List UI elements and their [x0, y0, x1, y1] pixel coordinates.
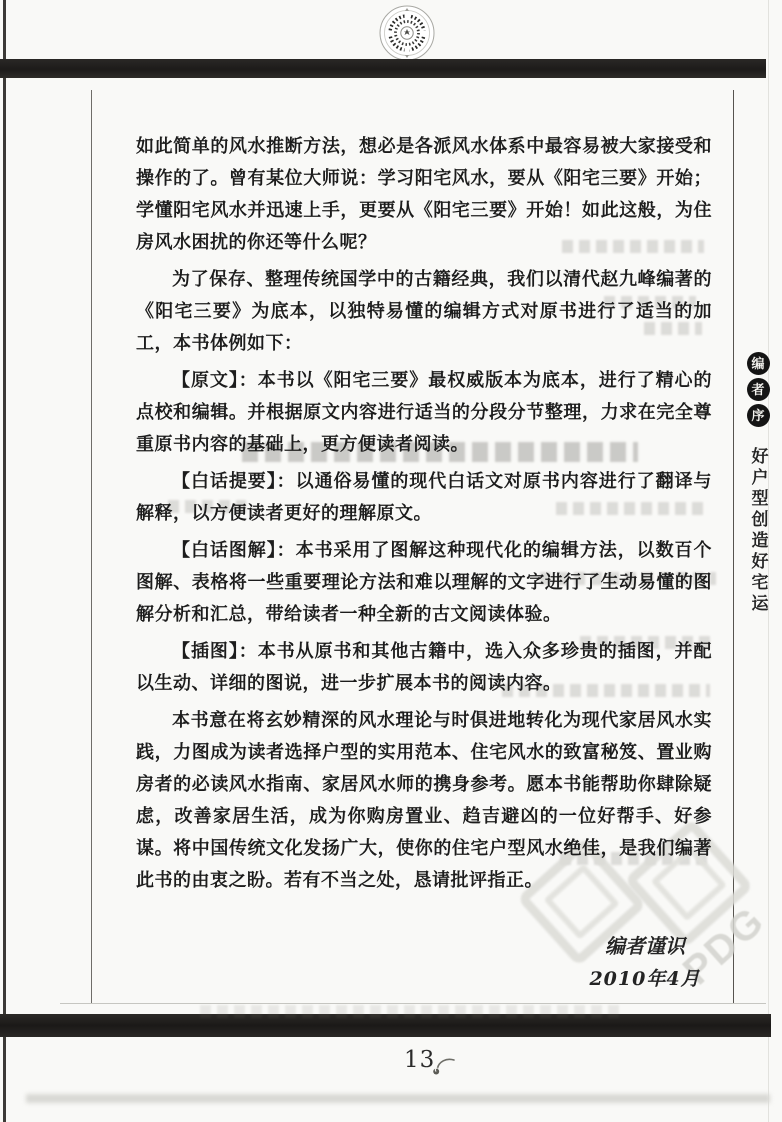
paragraph: 【白话图解】：本书采用了图解这种现代化的编辑方法，以数百个图解、表格将一些重要理…: [136, 534, 712, 630]
chapter-badge: 序: [747, 404, 770, 427]
signature-line: 编者谨识: [583, 930, 707, 963]
preface-body-text: 如此简单的风水推断方法，想必是各派风水体系中最容易被大家接受和操作的了。曾有某位…: [136, 130, 712, 901]
chapter-badge: 编: [747, 352, 770, 375]
paragraph: 为了保存、整理传统国学中的古籍经典，我们以清代赵九峰编著的《阳宅三要》为底本，以…: [136, 263, 712, 359]
paragraph: 【白话提要】：以通俗易懂的现代白话文对原书内容进行了翻译与解释，以方便读者更好的…: [136, 465, 712, 529]
signature-date: 2010年4月: [583, 963, 707, 996]
page-number-flourish-icon: [430, 1057, 456, 1087]
content-frame-left-rule: [91, 90, 92, 1003]
bleedthrough-smudge: [200, 1005, 620, 1018]
chapter-sidebar: 编 者 序 好户型创造好宅运: [741, 352, 775, 615]
paragraph: 如此简单的风水推断方法，想必是各派风水体系中最容易被大家接受和操作的了。曾有某位…: [136, 130, 712, 258]
running-title-vertical: 好户型创造好宅运: [746, 447, 771, 615]
paragraph: 本书意在将玄妙精深的风水理论与时俱进地转化为现代家居风水实践，力图成为读者选择户…: [136, 704, 712, 896]
scan-edge-line: [3, 0, 6, 1122]
paragraph: 【插图】：本书从原书和其他古籍中，选入众多珍贵的插图，并配以生动、详细的图说，进…: [136, 635, 712, 699]
editor-signature-block: 编者谨识 2010年4月: [583, 930, 707, 996]
top-black-band: [0, 59, 766, 78]
page-number: 13: [404, 1047, 435, 1073]
scanned-book-page: PDG 如此简单的风水推断方法，想必是各派风水体系中最容易被大家接受和操作的了。…: [0, 0, 782, 1122]
chapter-badge: 者: [747, 378, 770, 401]
luopan-compass-seal-icon: [378, 4, 436, 62]
paragraph: 【原文】：本书以《阳宅三要》最权威版本为底本，进行了精心的点校和编辑。并根据原文…: [136, 364, 712, 460]
scan-bottom-shadow: [26, 1094, 770, 1103]
